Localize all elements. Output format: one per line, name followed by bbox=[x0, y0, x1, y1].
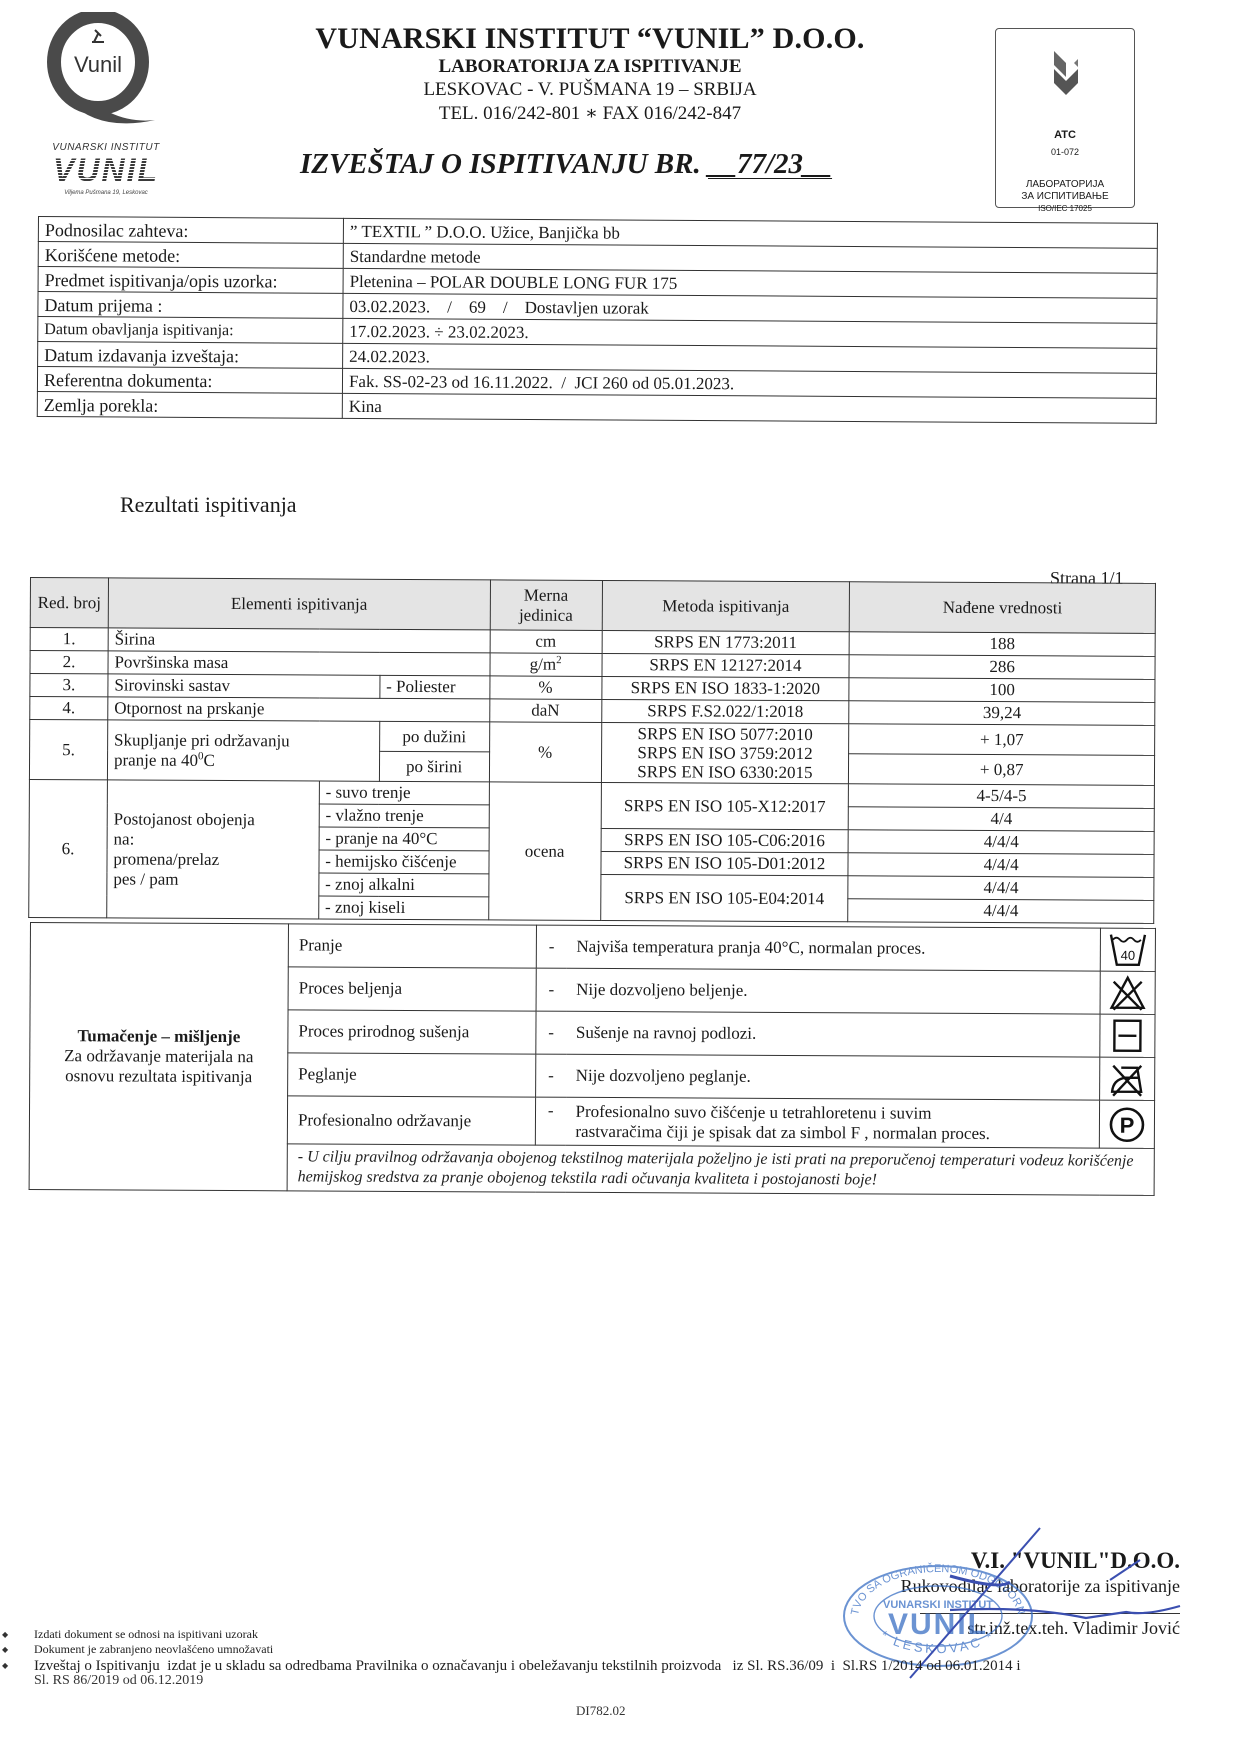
row-method: SRPS EN ISO 105-E04:2014 bbox=[600, 874, 848, 921]
interpretation-subtitle: osnovu rezultata ispitivanja bbox=[40, 1066, 277, 1087]
cf-label-1: Postojanost obojenja bbox=[114, 809, 313, 830]
row-value: + 0,87 bbox=[849, 754, 1155, 786]
document-code: DI782.02 bbox=[576, 1703, 625, 1719]
care-row: Tumačenje – mišljenje Za održavanje mate… bbox=[30, 923, 1155, 972]
interpretation-title: Tumačenje – mišljenje bbox=[40, 1026, 277, 1047]
care-dash: - bbox=[536, 968, 566, 1011]
care-symbol bbox=[1100, 1014, 1155, 1057]
atc-line2: ЗА ИСПИТИВАЊЕ bbox=[996, 191, 1134, 203]
col-header-element: Elementi ispitivanja bbox=[108, 578, 490, 630]
row-method: SRPS EN ISO 105-C06:2016 bbox=[601, 828, 849, 852]
info-label: Predmet ispitivanja/opis uzorka: bbox=[38, 267, 343, 294]
info-label: Datum obavljanja ispitivanja: bbox=[38, 317, 343, 344]
cf-test: - pranje na 40°C bbox=[319, 827, 489, 851]
info-label: Korišćene metode: bbox=[38, 242, 343, 269]
care-dash: - bbox=[536, 1054, 566, 1097]
row-value: 4/4/4 bbox=[848, 899, 1154, 924]
document-footer: Izdati dokument se odnosi na ispitivani … bbox=[0, 1627, 1240, 1689]
info-value: Kina bbox=[342, 393, 1156, 423]
row-value: + 1,07 bbox=[849, 724, 1155, 756]
report-number: __77/23__ bbox=[708, 148, 832, 180]
unit-base: g/m bbox=[530, 655, 557, 674]
care-process: Proces prirodnog sušenja bbox=[288, 1010, 536, 1054]
method-line: SRPS EN ISO 5077:2010 bbox=[608, 724, 843, 744]
shrinkage-label-2: pranje na 400C bbox=[114, 750, 373, 771]
row-unit: % bbox=[489, 722, 601, 783]
atc-code: 01-072 bbox=[996, 147, 1134, 157]
method-line: SRPS EN ISO 3759:2012 bbox=[608, 743, 843, 763]
method-line: SRPS EN ISO 6330:2015 bbox=[607, 762, 842, 782]
row-no: 1. bbox=[30, 628, 108, 651]
care-symbol bbox=[1100, 971, 1155, 1014]
row-value: 100 bbox=[849, 678, 1155, 703]
shrinkage-temp: pranje na 40 bbox=[114, 750, 198, 769]
footer-note: Dokument je zabranjeno neovlašćeno umnož… bbox=[0, 1642, 1240, 1657]
results-section-title: Rezultati ispitivanja bbox=[120, 492, 297, 518]
cf-test: - znoj kiseli bbox=[318, 896, 488, 920]
care-description-line: Profesionalno suvo čišćenje u tetrahlore… bbox=[575, 1101, 1089, 1124]
col-header-unit: Merna jedinica bbox=[490, 580, 602, 631]
care-process: Profesionalno održavanje bbox=[287, 1096, 535, 1145]
care-description-line: rastvaračima čiji je spisak dat za simbo… bbox=[575, 1121, 1089, 1144]
info-label: Zemlja porekla: bbox=[37, 391, 342, 418]
shrinkage-direction: po širini bbox=[379, 751, 489, 782]
temp-unit: C bbox=[203, 750, 214, 769]
row-value: 188 bbox=[849, 632, 1155, 657]
row-method: SRPS EN ISO 105-X12:2017 bbox=[601, 782, 849, 829]
care-description: Profesionalno suvo čišćenje u tetrahlore… bbox=[565, 1097, 1099, 1148]
lab-name: LABORATORIJA ZA ISPITIVANJE bbox=[280, 56, 900, 78]
care-symbol bbox=[1100, 1057, 1155, 1100]
row-subelement: - Poliester bbox=[380, 675, 490, 699]
cf-test: - hemijsko čišćenje bbox=[319, 850, 489, 874]
q-logo-icon: Vunil bbox=[40, 12, 160, 132]
row-value: 4/4 bbox=[849, 807, 1155, 832]
row-unit: daN bbox=[489, 699, 601, 723]
cf-label-4: pes / pam bbox=[113, 869, 312, 890]
institute-address: LESKOVAC - V. PUŠMANA 19 – SRBIJA bbox=[280, 79, 900, 101]
row-unit: g/m2 bbox=[490, 653, 602, 677]
institute-contact: TEL. 016/242-801 ∗ FAX 016/242-847 bbox=[280, 102, 900, 125]
care-description: Sušenje na ravnoj podlozi. bbox=[566, 1011, 1100, 1057]
care-description: Nije dozvoljeno peglanje. bbox=[566, 1054, 1100, 1100]
row-element: Skupljanje pri održavanju pranje na 400C bbox=[107, 720, 379, 781]
institute-name: VUNARSKI INSTITUT “VUNIL” D.O.O. bbox=[280, 22, 900, 56]
cf-test: - vlažno trenje bbox=[319, 804, 489, 828]
accreditation-badge: ATC 01-072 ЛАБОРАТОРИЈА ЗА ИСПИТИВАЊЕ IS… bbox=[995, 28, 1135, 208]
row-method: SRPS F.S2.022/1:2018 bbox=[601, 699, 849, 723]
unit-exponent: 2 bbox=[556, 654, 562, 666]
row-value: 4/4/4 bbox=[848, 853, 1154, 878]
wash-40-icon: 40 bbox=[1108, 931, 1148, 969]
logo-brand: VUNIL bbox=[36, 152, 176, 189]
svg-text:P: P bbox=[1120, 1112, 1135, 1137]
footer-note: Izdati dokument se odnosi na ispitivani … bbox=[0, 1627, 1240, 1642]
row-method: SRPS EN 1773:2011 bbox=[602, 630, 850, 654]
dry-clean-p-icon: P bbox=[1107, 1104, 1147, 1144]
row-value: 4/4/4 bbox=[848, 830, 1154, 855]
care-description: Nije dozvoljeno beljenje. bbox=[566, 968, 1100, 1014]
care-process: Peglanje bbox=[288, 1053, 536, 1097]
result-row-colorfastness: 6. Postojanost obojenja na: promena/prel… bbox=[29, 779, 1154, 808]
atc-line1: ЛАБОРАТОРИЈА bbox=[996, 179, 1134, 191]
interpretation-heading: Tumačenje – mišljenje Za održavanje mate… bbox=[29, 923, 288, 1191]
col-header-method: Metoda ispitivanja bbox=[602, 580, 850, 631]
care-dash: - bbox=[535, 1097, 565, 1145]
row-element: Širina bbox=[108, 628, 490, 653]
row-method: SRPS EN ISO 1833-1:2020 bbox=[601, 676, 849, 700]
sample-info-table: Podnosilac zahteva:” TEXTIL ” D.O.O. Uži… bbox=[37, 216, 1158, 424]
care-dash: - bbox=[536, 925, 566, 968]
care-dash: - bbox=[536, 1011, 566, 1054]
results-header-row: Red. broj Elementi ispitivanja Merna jed… bbox=[30, 578, 1155, 634]
row-method: SRPS EN ISO 5077:2010 SRPS EN ISO 3759:2… bbox=[601, 722, 849, 783]
row-unit: ocena bbox=[488, 782, 601, 921]
footer-continuation: Sl. RS 86/2019 od 06.12.2019 bbox=[0, 1673, 1240, 1689]
care-symbol: 40 bbox=[1100, 928, 1155, 971]
care-symbol: P bbox=[1099, 1100, 1154, 1148]
care-description: Najviša temperatura pranja 40°C, normala… bbox=[566, 925, 1100, 971]
care-process: Proces beljenja bbox=[288, 967, 536, 1011]
col-header-value: Nađene vrednosti bbox=[850, 582, 1156, 634]
interpretation-table: Tumačenje – mišljenje Za održavanje mate… bbox=[29, 922, 1156, 1196]
cf-test: - znoj alkalni bbox=[319, 873, 489, 897]
row-unit: cm bbox=[490, 630, 602, 654]
no-bleach-icon bbox=[1108, 974, 1148, 1012]
dry-flat-icon bbox=[1107, 1017, 1147, 1055]
info-label: Datum prijema : bbox=[38, 292, 343, 319]
shrinkage-label-1: Skupljanje pri održavanju bbox=[114, 730, 373, 751]
result-row-shrinkage: 5. Skupljanje pri održavanju pranje na 4… bbox=[30, 720, 1155, 756]
no-iron-icon bbox=[1107, 1060, 1147, 1098]
row-unit: % bbox=[489, 676, 601, 700]
interpretation-subtitle: Za održavanje materijala na bbox=[40, 1046, 277, 1067]
col-header-no: Red. broj bbox=[30, 578, 108, 628]
atc-mark-icon bbox=[1046, 49, 1086, 109]
vunil-logo: Vunil VUNARSKI INSTITUT VUNIL Viljema Pu… bbox=[36, 12, 176, 192]
report-title: IZVEŠTAJ O ISPITIVANJU BR. __77/23__ bbox=[300, 148, 832, 181]
care-note: - U cilju pravilnog održavanja obojenog … bbox=[287, 1144, 1154, 1196]
svg-text:Vunil: Vunil bbox=[74, 52, 122, 77]
row-no: 5. bbox=[29, 720, 107, 780]
cf-label-3: promena/prelaz bbox=[113, 849, 312, 870]
row-no: 4. bbox=[30, 697, 108, 720]
info-label: Referentna dokumenta: bbox=[37, 367, 342, 394]
atc-standard: ISO/IEC 17025 bbox=[996, 203, 1134, 215]
row-no: 3. bbox=[30, 674, 108, 697]
row-value: 4-5/4-5 bbox=[849, 784, 1155, 809]
results-table-body: Red. broj Elementi ispitivanja Merna jed… bbox=[28, 577, 1156, 924]
row-value: 4/4/4 bbox=[848, 876, 1154, 901]
footer-note: Izveštaj o Ispitivanju izdat je u skladu… bbox=[0, 1657, 1240, 1675]
report-title-prefix: IZVEŠTAJ O ISPITIVANJU BR. bbox=[300, 148, 708, 180]
cf-test: - suvo trenje bbox=[319, 781, 489, 805]
info-label: Datum izdavanja izveštaja: bbox=[38, 342, 343, 369]
row-method: SRPS EN 12127:2014 bbox=[602, 653, 850, 677]
row-element: Površinska masa bbox=[108, 651, 490, 676]
atc-body: ATC bbox=[996, 129, 1134, 141]
institute-header: VUNARSKI INSTITUT “VUNIL” D.O.O. LABORAT… bbox=[280, 22, 900, 125]
row-method: SRPS EN ISO 105-D01:2012 bbox=[600, 851, 848, 875]
row-no: 2. bbox=[30, 651, 108, 674]
row-element: Otpornost na prskanje bbox=[108, 697, 490, 722]
row-no: 6. bbox=[29, 779, 108, 917]
svg-text:40: 40 bbox=[1121, 948, 1136, 963]
logo-address: Viljema Pušmana 19, Leskovac bbox=[36, 190, 176, 196]
atc-lab-text: ЛАБОРАТОРИЈА ЗА ИСПИТИВАЊЕ ISO/IEC 17025 bbox=[996, 179, 1134, 215]
care-process: Pranje bbox=[288, 924, 536, 968]
row-element: Postojanost obojenja na: promena/prelaz … bbox=[107, 780, 320, 919]
row-element: Sirovinski sastav bbox=[108, 674, 380, 698]
row-value: 39,24 bbox=[849, 701, 1155, 726]
row-value: 286 bbox=[849, 655, 1155, 680]
cf-label-2: na: bbox=[114, 829, 313, 850]
info-label: Podnosilac zahteva: bbox=[38, 217, 343, 244]
shrinkage-direction: po dužini bbox=[379, 721, 489, 752]
